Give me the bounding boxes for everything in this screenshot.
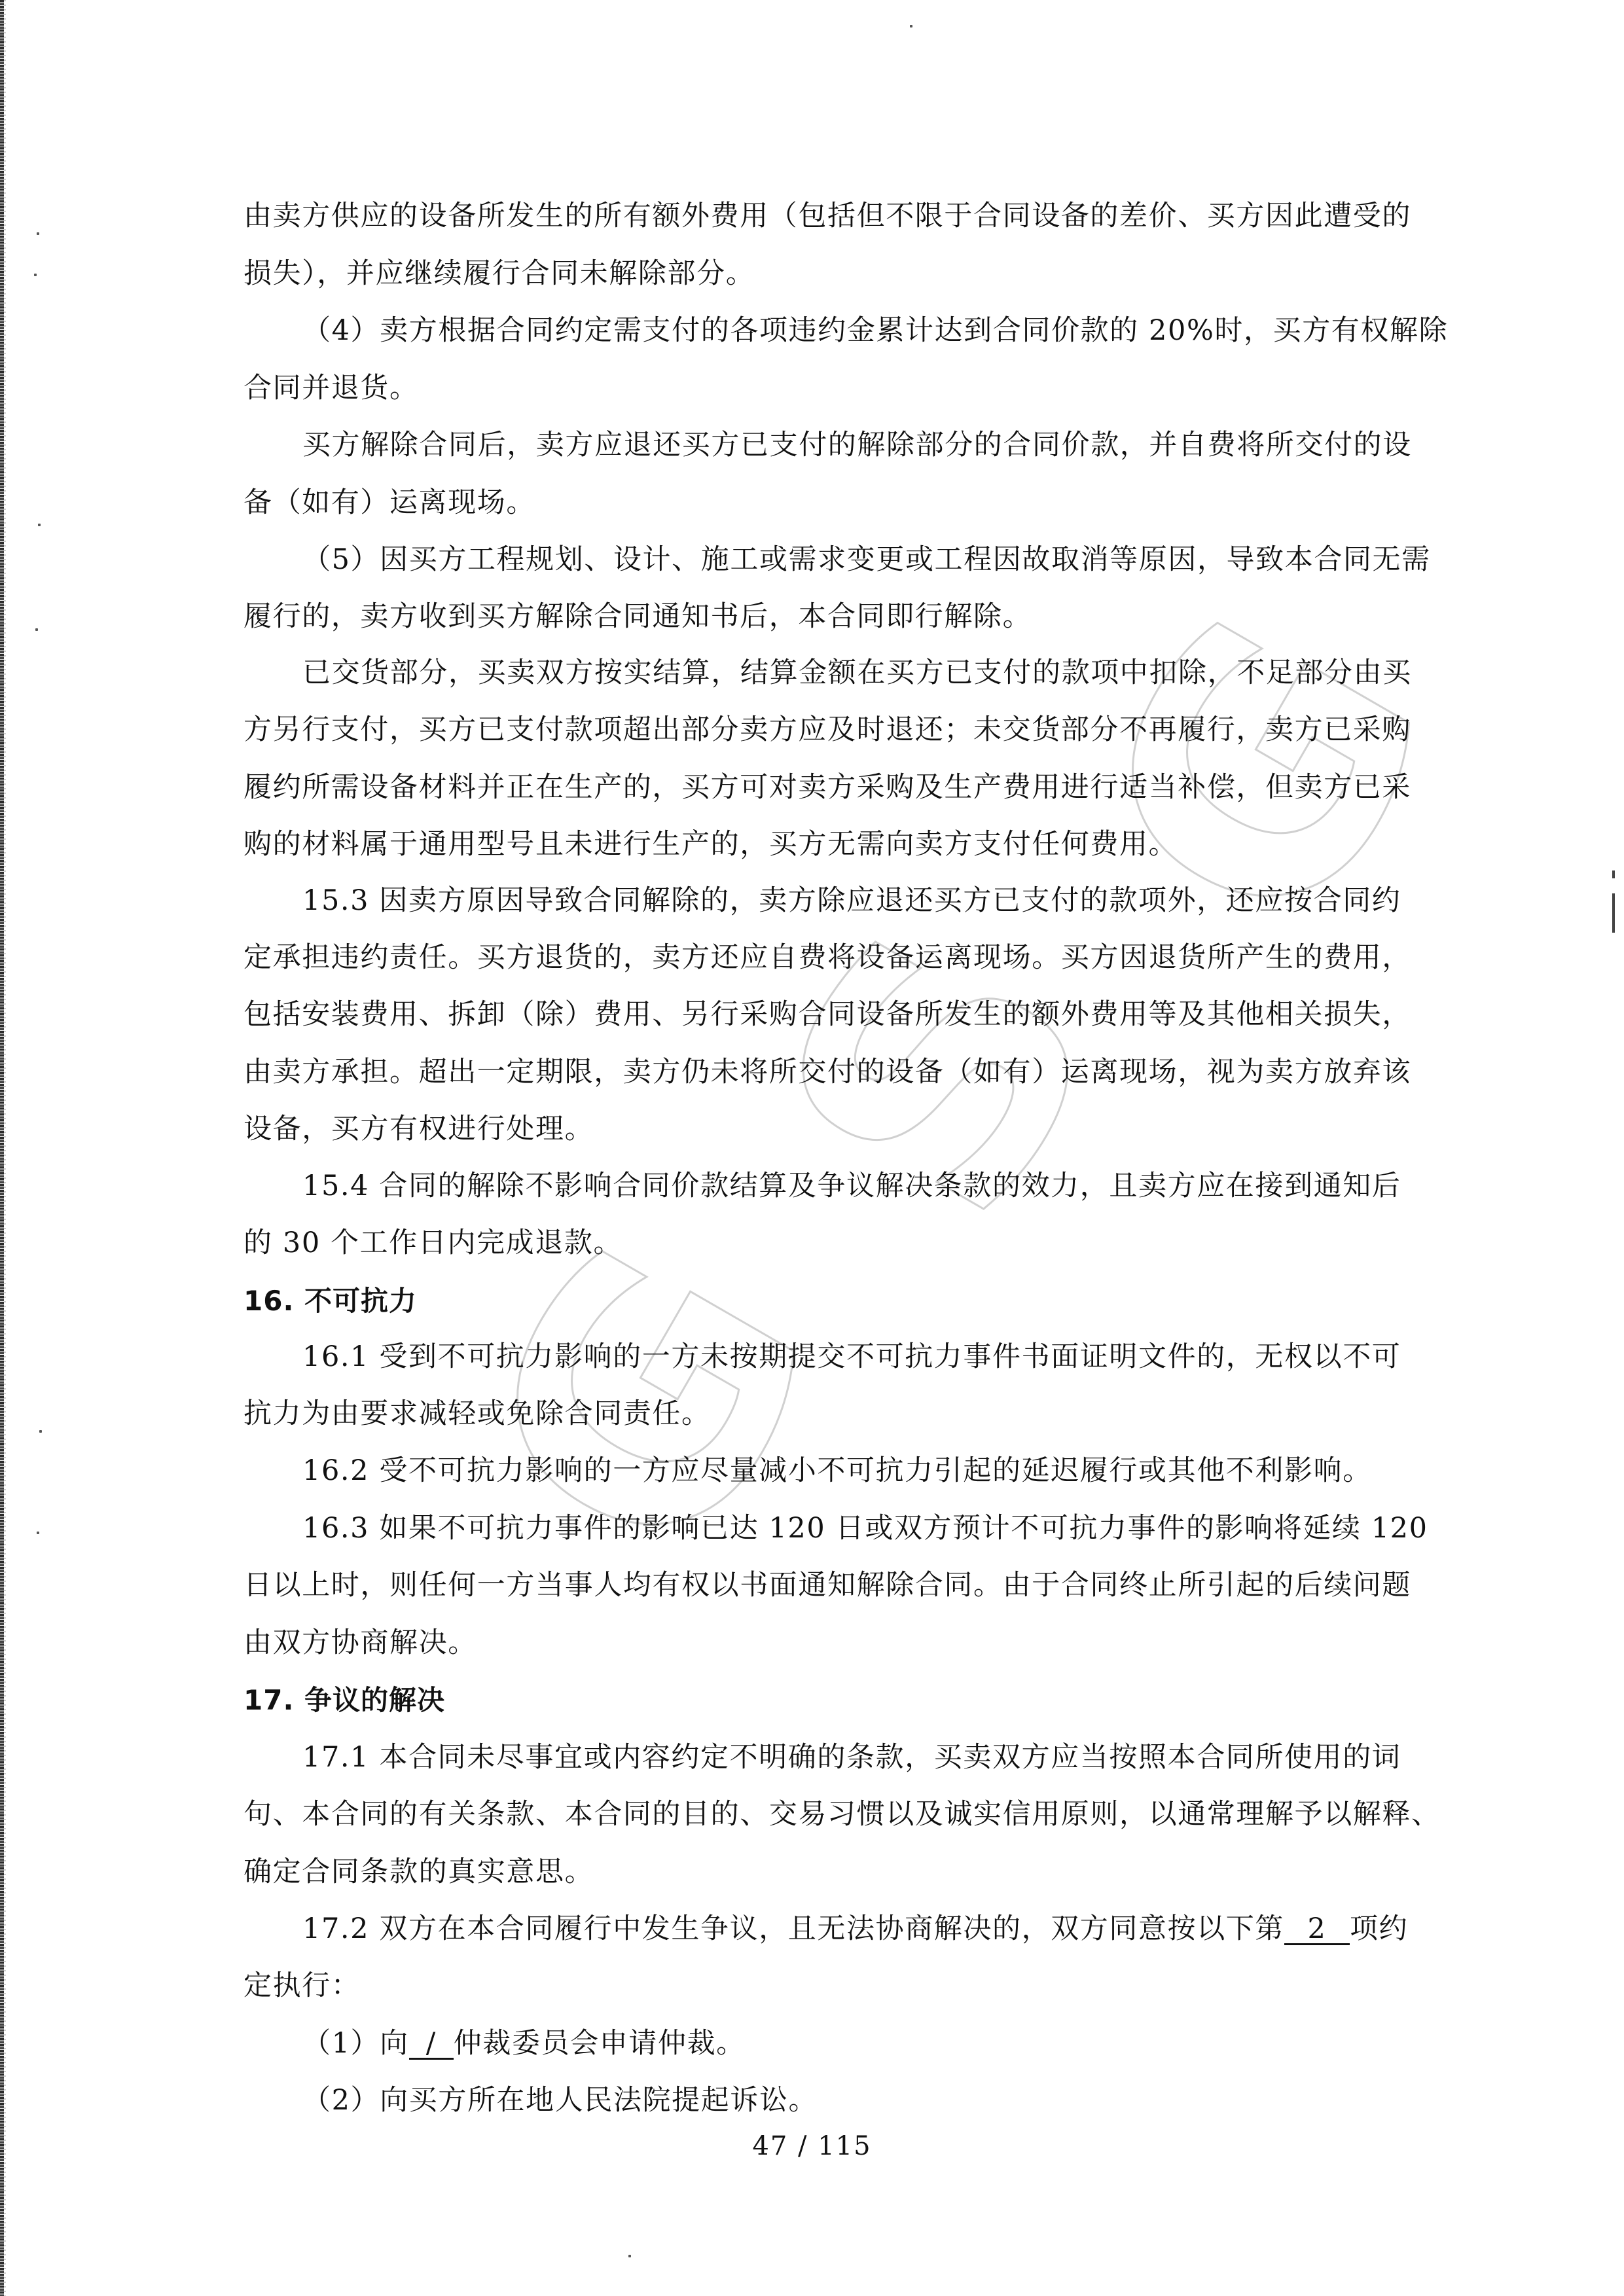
paragraph-line: 由双方协商解决。 xyxy=(244,1624,1382,1661)
clause-15-4: 15.4 合同的解除不影响合同价款结算及争议解决条款的效力，且卖方应在接到通知后 xyxy=(302,1168,1382,1204)
paragraph-line: 设备，买方有权进行处理。 xyxy=(244,1111,1382,1147)
paragraph-line: 购的材料属于通用型号且未进行生产的，买方无需向卖方支付任何费用。 xyxy=(244,826,1382,863)
paragraph-line: 备（如有）运离现场。 xyxy=(244,484,1382,521)
clause-15-3: 15.3 因卖方原因导致合同解除的，卖方除应退还买方已支付的款项外，还应按合同约 xyxy=(302,882,1382,919)
clause-15-2-item-5: （5）因买方工程规划、设计、施工或需求变更或工程因故取消等原因，导致本合同无需 xyxy=(302,541,1382,578)
clause-15-2-item-4: （4）卖方根据合同约定需支付的各项违约金累计达到合同价款的 20%时，买方有权解… xyxy=(302,312,1382,349)
clause-16-2: 16.2 受不可抗力影响的一方应尽量减小不可抗力引起的延迟履行或其他不利影响。 xyxy=(302,1452,1382,1489)
paragraph-line: 履约所需设备材料并正在生产的，买方可对卖方采购及生产费用进行适当补偿，但卖方已采 xyxy=(244,769,1382,806)
option-1-text: 仲裁委员会申请仲裁。 xyxy=(454,2027,746,2060)
paragraph-line: 损失），并应继续履行合同未解除部分。 xyxy=(244,255,1382,292)
page-current: 47 xyxy=(752,2131,788,2161)
page-separator: / xyxy=(798,2131,808,2161)
paragraph-line: 包括安装费用、拆卸（除）费用、另行采购合同设备所发生的额外费用等及其他相关损失， xyxy=(244,996,1382,1033)
clause-16-1: 16.1 受到不可抗力影响的一方未按期提交不可抗力事件书面证明文件的，无权以不可 xyxy=(302,1338,1382,1375)
paragraph-line: 日以上时，则任何一方当事人均有权以书面通知解除合同。由于合同终止所引起的后续问题 xyxy=(244,1567,1382,1604)
dispute-option-2: （2）向买方所在地人民法院提起诉讼。 xyxy=(302,2082,1382,2119)
paragraph-line: 买方解除合同后，卖方应退还买方已支付的解除部分的合同价款，并自费将所交付的设 xyxy=(302,427,1382,463)
clause-16-3: 16.3 如果不可抗力事件的影响已达 120 日或双方预计不可抗力事件的影响将延… xyxy=(302,1510,1382,1547)
paragraph-line: 方另行支付，买方已支付款项超出部分卖方应及时退还；未交货部分不再履行，卖方已采购 xyxy=(244,711,1382,748)
paragraph-line: 由卖方承担。超出一定期限，卖方仍未将所交付的设备（如有）运离现场，视为卖方放弃该 xyxy=(244,1054,1382,1090)
paragraph-line: 合同并退货。 xyxy=(244,370,1382,406)
clause-17-1: 17.1 本合同未尽事宜或内容约定不明确的条款，买卖双方应当按照本合同所使用的词 xyxy=(302,1739,1382,1776)
option-1-text: （1）向 xyxy=(302,2027,409,2060)
dispute-option-1: （1）向/仲裁委员会申请仲裁。 xyxy=(302,2025,1382,2062)
clause-17-2-text: 项约 xyxy=(1350,1912,1408,1945)
selected-option-blank: 2 xyxy=(1284,1914,1350,1945)
paragraph-line: 定承担违约责任。买方退货的，卖方还应自费将设备运离现场。买方因退货所产生的费用， xyxy=(244,939,1382,976)
paragraph-line: 的 30 个工作日内完成退款。 xyxy=(244,1225,1382,1261)
page-number: 47 / 115 xyxy=(0,2131,1624,2161)
section-heading-17: 17. 争议的解决 xyxy=(244,1682,1382,1719)
page-total: 115 xyxy=(818,2131,871,2161)
section-heading-16: 16. 不可抗力 xyxy=(244,1283,1382,1319)
paragraph-line: 抗力为由要求减轻或免除合同责任。 xyxy=(244,1395,1382,1432)
paragraph-line: 句、本合同的有关条款、本合同的目的、交易习惯以及诚实信用原则，以通常理解予以解释… xyxy=(244,1796,1382,1833)
clause-17-2-text: 17.2 双方在本合同履行中发生争议，且无法协商解决的，双方同意按以下第 xyxy=(302,1912,1284,1945)
paragraph-line: 确定合同条款的真实意思。 xyxy=(244,1854,1382,1890)
arbitration-committee-blank: / xyxy=(409,2029,454,2060)
paragraph-line: 履行的，卖方收到买方解除合同通知书后，本合同即行解除。 xyxy=(244,598,1382,635)
clause-17-2: 17.2 双方在本合同履行中发生争议，且无法协商解决的，双方同意按以下第2项约 xyxy=(302,1910,1382,1947)
paragraph-line: 定执行： xyxy=(244,1967,1382,2004)
paragraph-line: 已交货部分，买卖双方按实结算，结算金额在买方已支付的款项中扣除，不足部分由买 xyxy=(302,655,1382,691)
paragraph-line: 由卖方供应的设备所发生的所有额外费用（包括但不限于合同设备的差价、买方因此遭受的 xyxy=(244,198,1382,234)
document-page: 由卖方供应的设备所发生的所有额外费用（包括但不限于合同设备的差价、买方因此遭受的… xyxy=(0,0,1624,2296)
